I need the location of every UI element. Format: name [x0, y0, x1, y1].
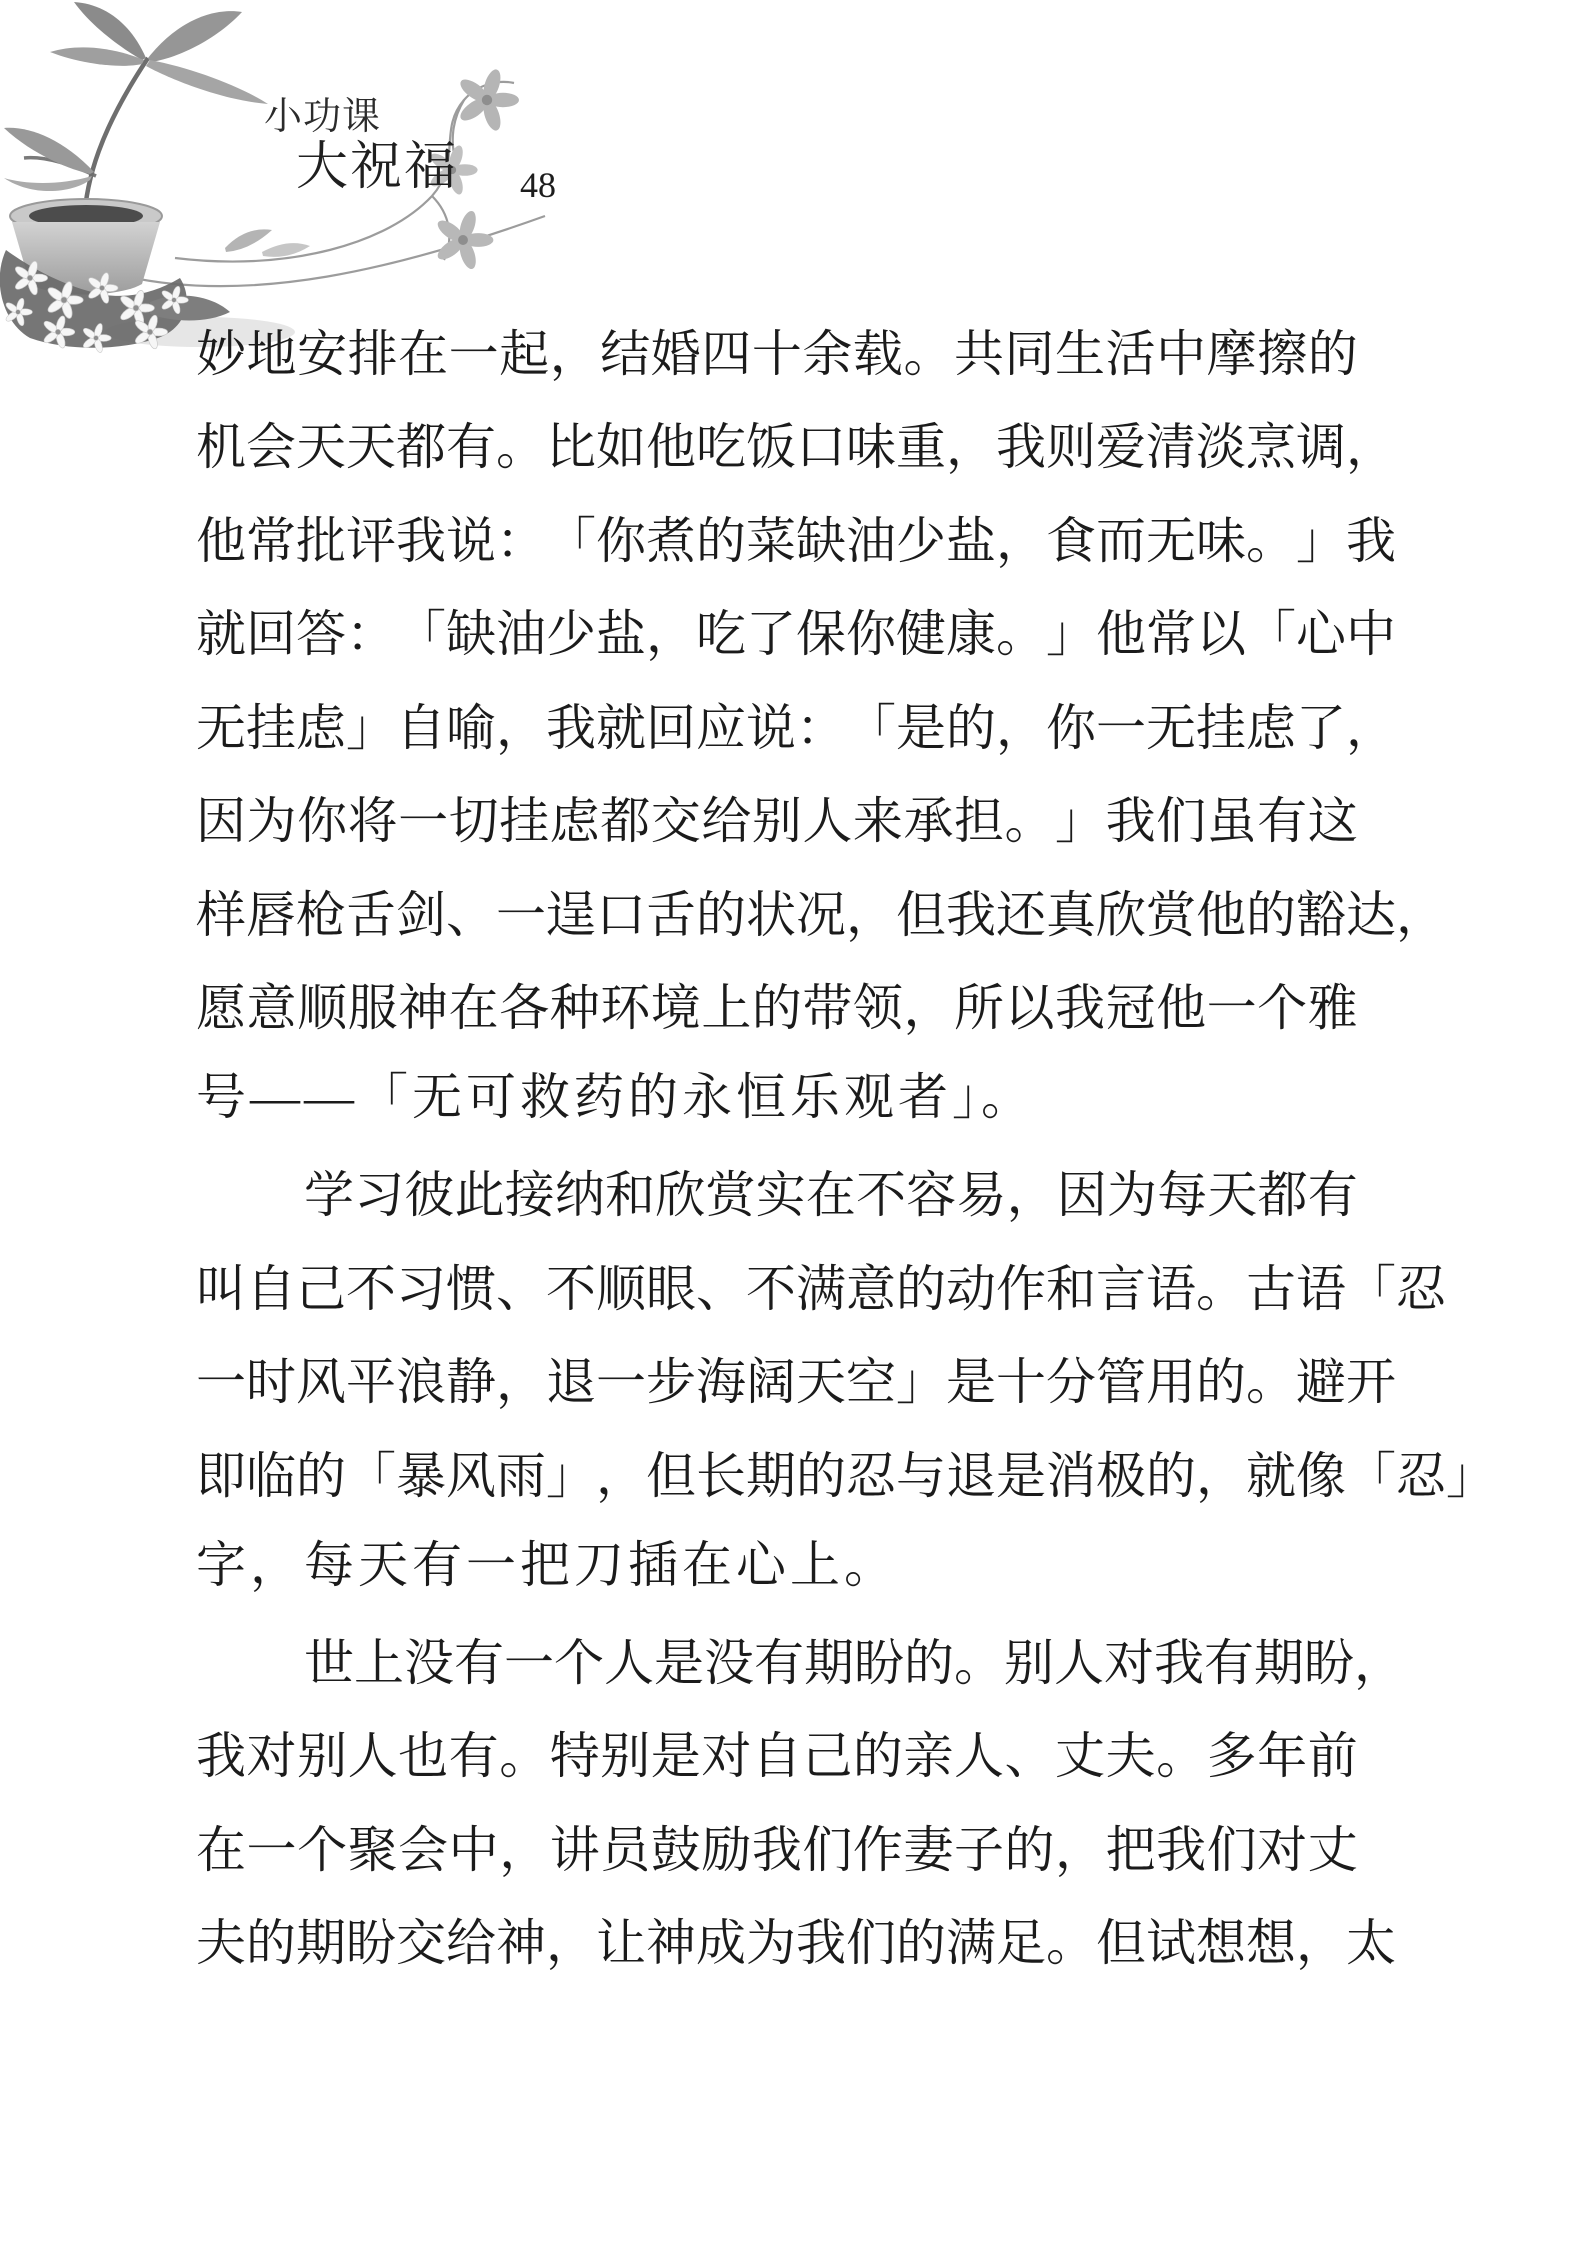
text-line-11: 叫自己不习惯、不顺眼、不满意的动作和言语。古语「忍: [196, 1238, 1358, 1332]
page-number: 48: [520, 167, 556, 203]
header-title-large: 大祝福: [296, 141, 458, 193]
text-line-15: 世上没有一个人是没有期盼的。别人对我有期盼，: [196, 1612, 1358, 1706]
text-line-4: 就回答：「缺油少盐，吃了保你健康。」他常以「心中: [196, 584, 1358, 678]
text-line-3: 他常批评我说：「你煮的菜缺油少盐，食而无味。」我: [196, 490, 1358, 584]
text-line-10: 学习彼此接纳和欣赏实在不容易，因为每天都有: [196, 1145, 1358, 1239]
potted-plant-image: [0, 2, 295, 354]
text-line-9: 号——「无可救药的永恒乐观者」。: [196, 1051, 1358, 1145]
text-line-16: 我对别人也有。特别是对自己的亲人、丈夫。多年前: [196, 1706, 1358, 1800]
text-line-17: 在一个聚会中，讲员鼓励我们作妻子的，把我们对丈: [196, 1799, 1358, 1893]
text-line-7: 样唇枪舌剑、一逞口舌的状况，但我还真欣赏他的豁达，: [196, 864, 1358, 958]
text-line-5: 无挂虑」自喻，我就回应说：「是的，你一无挂虑了，: [196, 677, 1358, 771]
text-line-8: 愿意顺服神在各种环境上的带领，所以我冠他一个雅: [196, 958, 1358, 1052]
text-line-13: 即临的「暴风雨」，但长期的忍与退是消极的，就像「忍」: [196, 1425, 1358, 1519]
book-page: { "header": { "title_small": "小功课", "tit…: [0, 0, 1571, 2256]
text-line-14: 字，每天有一把刀插在心上。: [196, 1519, 1358, 1613]
header-title-small: 小功课: [264, 98, 381, 136]
body-text: 妙地安排在一起，结婚四十余载。共同生活中摩擦的机会天天都有。比如他吃饭口味重，我…: [196, 303, 1358, 1986]
text-line-1: 妙地安排在一起，结婚四十余载。共同生活中摩擦的: [196, 303, 1358, 397]
text-line-2: 机会天天都有。比如他吃饭口味重，我则爱清淡烹调，: [196, 397, 1358, 491]
text-line-12: 一时风平浪静，退一步海阔天空」是十分管用的。避开: [196, 1332, 1358, 1426]
text-line-6: 因为你将一切挂虑都交给别人来承担。」我们虽有这: [196, 771, 1358, 865]
text-line-18: 夫的期盼交给神，让神成为我们的满足。但试想想，太: [196, 1893, 1358, 1987]
